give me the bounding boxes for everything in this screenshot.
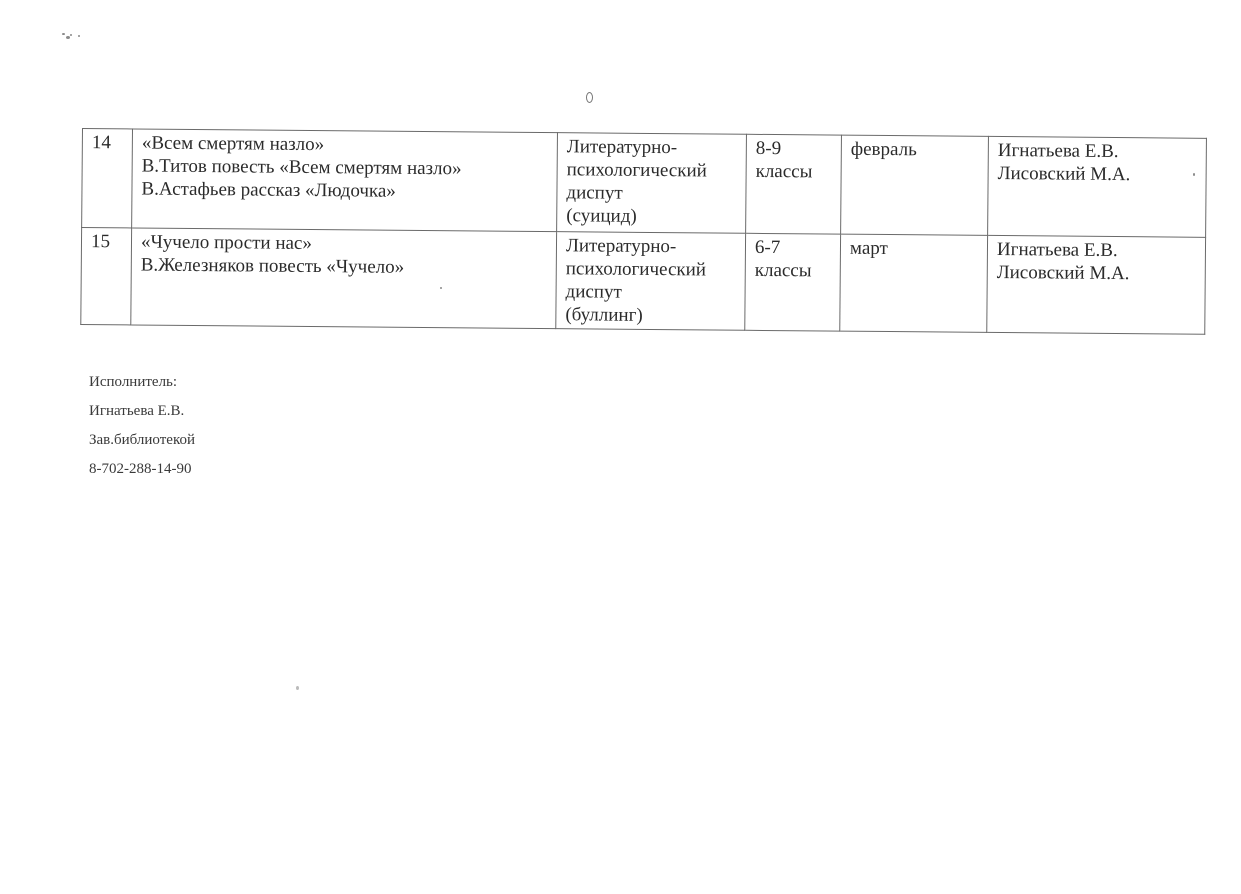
scanned-page: 14 «Всем смертям назло» В.Титов повесть … [0, 0, 1241, 894]
responsible-cell: Игнатьева Е.В. Лисовский М.А. [987, 235, 1206, 334]
executor-phone: 8-702-288-14-90 [89, 455, 195, 484]
responsible-person: Игнатьева Е.В. [998, 139, 1198, 164]
event-topic: (буллинг) [565, 303, 736, 327]
executor-block: Исполнитель: Игнатьева Е.В. Зав.библиоте… [89, 368, 195, 484]
event-form-text: диспут [566, 181, 737, 205]
audience-cell: 6-7 классы [745, 233, 841, 331]
event-form-cell: Литературно- психологический диспут (бул… [556, 232, 746, 331]
event-form-text: Литературно- [567, 135, 738, 159]
event-source: В.Железняков повесть «Чучело» [141, 254, 548, 281]
executor-name: Игнатьева Е.В. [89, 397, 195, 426]
event-form-cell: Литературно- психологический диспут (суи… [557, 133, 747, 234]
executor-label: Исполнитель: [89, 368, 195, 397]
table-row: 15 «Чучело прости нас» В.Железняков пове… [81, 228, 1206, 335]
table-row: 14 «Всем смертям назло» В.Титов повесть … [82, 129, 1207, 238]
scan-artifact [586, 92, 593, 103]
row-number: 15 [81, 228, 132, 325]
event-form-text: психологический [566, 257, 737, 281]
responsible-person: Лисовский М.А. [998, 162, 1198, 187]
audience-label: классы [755, 259, 832, 283]
event-form-text: психологический [567, 158, 738, 182]
scan-artifact [62, 33, 65, 35]
audience-grades: 8-9 [756, 137, 833, 161]
scan-artifact [70, 34, 72, 36]
month-cell: март [840, 234, 988, 332]
scan-artifact [66, 36, 70, 39]
month-cell: февраль [841, 135, 989, 235]
event-form-text: диспут [565, 280, 736, 304]
row-number: 14 [82, 129, 133, 228]
event-source: В.Астафьев рассказ «Людочка» [141, 178, 548, 205]
audience-cell: 8-9 классы [746, 134, 842, 234]
audience-grades: 6-7 [755, 236, 832, 260]
scan-artifact [296, 686, 299, 690]
responsible-person: Лисовский М.А. [997, 261, 1197, 286]
events-table-wrapper: 14 «Всем смертям назло» В.Титов повесть … [80, 128, 1206, 335]
event-form-text: Литературно- [566, 234, 737, 258]
responsible-person: Игнатьева Е.В. [997, 238, 1197, 263]
executor-position: Зав.библиотекой [89, 426, 195, 455]
event-topic: (суицид) [566, 204, 737, 228]
scan-artifact [78, 35, 80, 37]
event-title-cell: «Всем смертям назло» В.Титов повесть «Вс… [132, 129, 558, 232]
responsible-cell: Игнатьева Е.В. Лисовский М.А. [988, 136, 1207, 237]
event-title-cell: «Чучело прости нас» В.Железняков повесть… [131, 228, 557, 329]
events-table: 14 «Всем смертям назло» В.Титов повесть … [80, 128, 1207, 335]
audience-label: классы [756, 160, 833, 184]
